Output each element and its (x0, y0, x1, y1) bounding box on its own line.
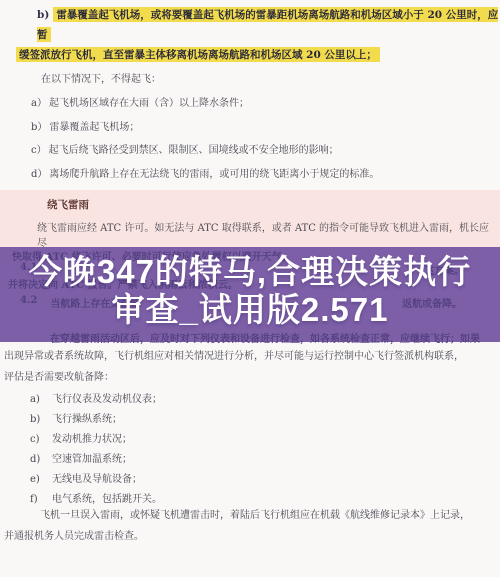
ad-overlay-band: 快取得 ATC 绕飞许可、必要时可行使应急处置权以避开天气。 4.1 飞方案。 … (0, 247, 500, 342)
ad-line-2: 审查_试用版2.571 (0, 291, 500, 329)
ad-overlay-text[interactable]: 今晚347的特马,合理决策执行 审查_试用版2.571 (0, 253, 500, 329)
item-text: 雷暴覆盖起飞机场； (49, 122, 139, 133)
instrument-check-list: a)飞行仪表及发动机仪表； b)飞行操纵系统； c)发动机推力状况； d)空速管… (0, 390, 492, 510)
list-item: e)无线电及导航设备； (0, 470, 492, 490)
list-item: a)飞行仪表及发动机仪表； (0, 390, 492, 410)
item-label: b） (31, 122, 47, 133)
highlight-text: 雷暴覆盖起飞机场，或将要覆盖起飞机场的雷暴距机场离场航路和机场区域小于 20 公… (37, 7, 498, 42)
paragraph-line: 出现异常或者系统故障，飞行机组应对相关情况进行分析，并尽可能与运行控制中心飞行签… (0, 347, 496, 368)
item-text: 空速管加温系统； (52, 454, 132, 465)
list-item: d)空速管加温系统； (0, 450, 492, 470)
conditions-intro: 在以下情况下，不得起飞： (0, 68, 492, 92)
list-item: b）雷暴覆盖起飞机场； (0, 116, 492, 140)
detour-section-band: 绕飞雷雨 绕飞雷雨应经 ATC 许可。如无法与 ATC 取得联系，或者 ATC … (0, 190, 500, 247)
item-label: b) (37, 9, 49, 21)
item-label: d） (31, 169, 47, 180)
item-text: 起飞机场区域存在大雨（含）以上降水条件； (49, 98, 249, 109)
paragraph-line: 并通报机务人员完成雷击检查。 (0, 527, 494, 548)
paragraph-line: 评估是否需要改航备降： (0, 368, 496, 389)
item-label: e) (30, 470, 52, 490)
list-item: c）起飞后绕飞路径受到禁区、限制区、国境线或不安全地形的影响； (0, 139, 492, 163)
list-item: b)飞行操纵系统； (0, 410, 492, 430)
item-label: b) (30, 410, 52, 430)
list-item: d）离场爬升航路上存在无法绕飞的雷雨，或可用的绕飞距离小于规定的标准。 (0, 163, 492, 187)
list-item: c)发动机推力状况； (0, 430, 492, 450)
item-label: d) (30, 450, 52, 470)
highlighted-line-1: b)雷暴覆盖起飞机场，或将要覆盖起飞机场的雷暴距机场离场航路和机场区域小于 20… (0, 5, 500, 45)
lightning-strike-paragraph: 飞机一旦误入雷雨，或怀疑飞机遭雷击时，着陆后飞行机组应在机载《航线维修记录本》上… (0, 506, 494, 547)
highlight-text: 缓签派放行飞机，直至雷暴主体移离机场离场航路和机场区域 20 公里以上； (16, 47, 380, 62)
item-text: 起飞后绕飞路径受到禁区、限制区、国境线或不安全地形的影响； (49, 145, 339, 156)
section-body: 绕飞雷雨应经 ATC 许可。如无法与 ATC 取得联系，或者 ATC 的指令可能… (37, 219, 494, 249)
item-text: 电气系统，包括跳开关。 (52, 494, 162, 505)
item-text: 无线电及导航设备； (52, 474, 142, 485)
highlighted-paragraph: b)雷暴覆盖起飞机场，或将要覆盖起飞机场的雷暴距机场离场航路和机场区域小于 20… (0, 5, 500, 65)
document-page: { "colors": { "highlight": "#f2dc4d", "p… (0, 0, 500, 577)
item-label: a） (31, 98, 47, 109)
item-label: a) (30, 390, 52, 410)
item-text: 飞行仪表及发动机仪表； (52, 394, 162, 405)
item-label: c） (31, 145, 47, 156)
ad-line-1: 今晚347的特马,合理决策执行 (0, 253, 500, 291)
section-title: 绕飞雷雨 (47, 197, 89, 212)
item-label: c) (30, 430, 52, 450)
no-takeoff-conditions: 在以下情况下，不得起飞： a）起飞机场区域存在大雨（含）以上降水条件； b）雷暴… (0, 68, 492, 187)
obscured-text-line: 在穿越雷雨活动区后，应及时对下列仪表和设备进行检查，如各系统检查正常，应继续飞行… (50, 330, 495, 345)
post-check-paragraph: 出现异常或者系统故障，飞行机组应对相关情况进行分析，并尽可能与运行控制中心飞行签… (0, 347, 496, 388)
item-text: 离场爬升航路上存在无法绕飞的雷雨，或可用的绕飞距离小于规定的标准。 (49, 169, 379, 180)
item-text: 发动机推力状况； (52, 434, 132, 445)
highlighted-line-2: 缓签派放行飞机，直至雷暴主体移离机场离场航路和机场区域 20 公里以上； (0, 45, 500, 65)
item-text: 飞行操纵系统； (52, 414, 122, 425)
paragraph-line: 飞机一旦误入雷雨，或怀疑飞机遭雷击时，着陆后飞行机组应在机载《航线维修记录本》上… (0, 506, 494, 527)
list-item: a）起飞机场区域存在大雨（含）以上降水条件； (0, 92, 492, 116)
